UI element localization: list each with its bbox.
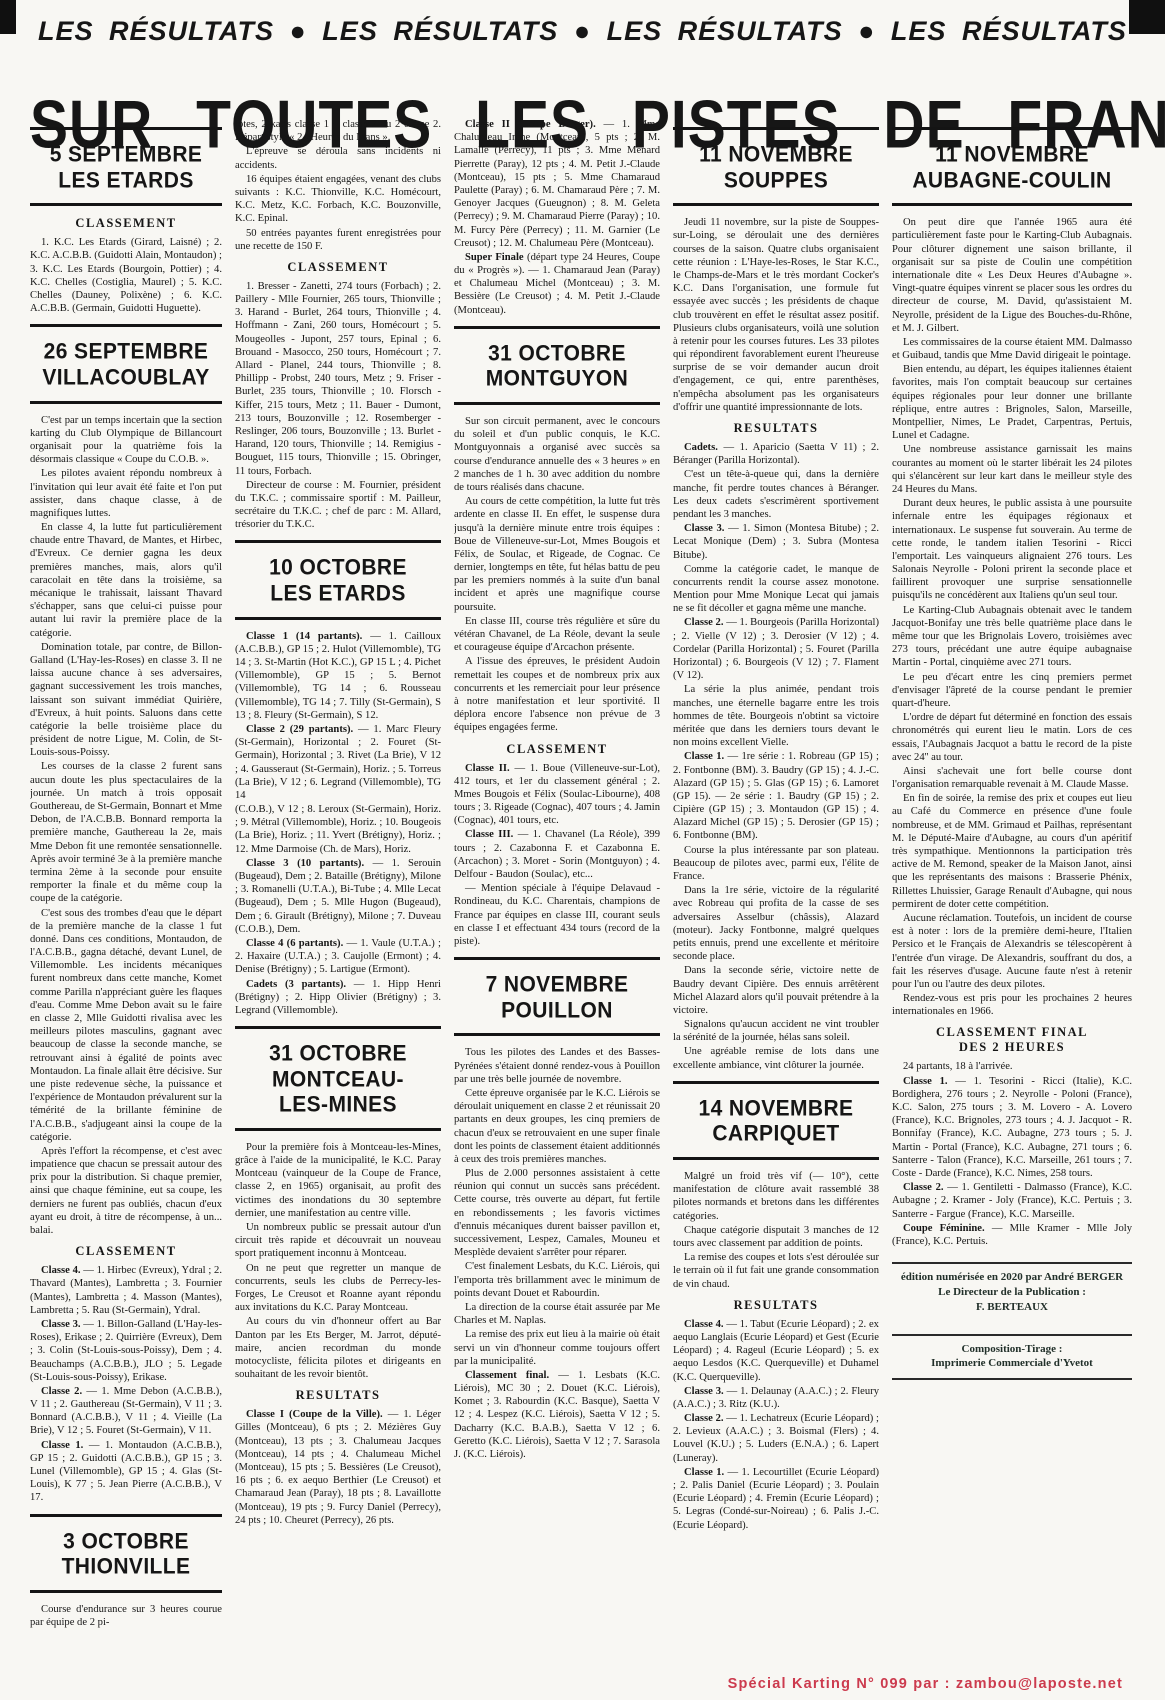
- masthead: LES RÉSULTATS ● LES RÉSULTATS ● LES RÉSU…: [38, 16, 1128, 47]
- paragraph: Classe 1 (14 partants). — 1. Cailloux (A…: [235, 630, 441, 722]
- paragraph: Super Finale (départ type 24 Heures, Cou…: [454, 251, 660, 317]
- paragraph-lead: Classe 1.: [684, 751, 728, 762]
- paragraph: Classe 3. — 1. Simon (Montesa Bitube) ; …: [673, 522, 879, 562]
- scan-corner-mark-right: [1129, 0, 1165, 34]
- paragraph-lead: Classe 3.: [684, 523, 728, 534]
- paragraph: Classe 2. — 1. Lechatreux (Ecurie Léopar…: [673, 1412, 879, 1465]
- paragraph: Bien entendu, au départ, les équipes ita…: [892, 363, 1132, 442]
- paragraph: Au cours du vin d'honneur offert au Bar …: [235, 1315, 441, 1381]
- section-heading: 31 OCTOBREMONTGUYON: [454, 326, 660, 405]
- paragraph: Aucune réclamation. Toutefois, un incide…: [892, 912, 1132, 991]
- paragraph: Classe II. — 1. Boue (Villeneuve-sur-Lot…: [454, 762, 660, 828]
- paragraph: L'épreuve se déroula sans incidents ni a…: [235, 145, 441, 171]
- section-heading: 26 SEPTEMBREVILLACOUBLAY: [30, 324, 222, 403]
- paragraph: C'est par un temps incertain que la sect…: [30, 414, 222, 467]
- paragraph: Signalons qu'aucun accident ne vint trou…: [673, 1018, 879, 1044]
- paragraph: Course d'endurance sur 3 heures courue p…: [30, 1603, 222, 1629]
- paragraph: Après l'effort la récompense, et c'est a…: [30, 1145, 222, 1237]
- paragraph: Rendez-vous est pris pour les prochaines…: [892, 992, 1132, 1018]
- paragraph: Une agréable remise de lots dans une exc…: [673, 1045, 879, 1071]
- paragraph: Classe 2. — 1. Mme Debon (A.C.B.B.), V 1…: [30, 1385, 222, 1438]
- paragraph: Classe 4. — 1. Hirbec (Evreux), Ydral ; …: [30, 1264, 222, 1317]
- paragraph-lead: Classe 3 (10 partants).: [246, 858, 373, 869]
- section-heading: 11 NOVEMBREAUBAGNE-COULIN: [892, 127, 1132, 206]
- section-heading-line: LES ETARDS: [30, 167, 222, 194]
- paragraph-lead: Classe 4.: [684, 1319, 726, 1330]
- section-heading: 7 NOVEMBREPOUILLON: [454, 957, 660, 1036]
- paragraph: Le peu d'écart entre les cinq premiers p…: [892, 671, 1132, 711]
- paragraph: Cette épreuve organisée par le K.C. Liér…: [454, 1087, 660, 1166]
- paragraph: (C.O.B.), V 12 ; 8. Leroux (St-Germain),…: [235, 803, 441, 856]
- paragraph-lead: Classe 2 (29 partants).: [246, 724, 358, 735]
- paragraph: Tous les pilotes des Landes et des Basse…: [454, 1046, 660, 1086]
- paragraph: L'ordre de départ fut déterminé en fonct…: [892, 711, 1132, 764]
- section-heading-line: CARPIQUET: [673, 1121, 879, 1148]
- paragraph: Classe II (Coupe Berger). — 1. Mme Chalu…: [454, 118, 660, 250]
- column-2: lotes, 2 karts classe 1 + classe 2 ou 2 …: [235, 118, 441, 1663]
- paragraph: Course la plus intéressante par son plat…: [673, 844, 879, 884]
- paragraph-lead: Classe 1.: [684, 1467, 728, 1478]
- section-heading-line: 7 NOVEMBRE: [454, 972, 660, 999]
- section-heading-line: THIONVILLE: [30, 1554, 222, 1581]
- section-heading: 5 SEPTEMBRELES ETARDS: [30, 127, 222, 206]
- subheading: RESULTATS: [235, 1388, 441, 1403]
- paragraph: C'est un tête-à-queue qui, dans la derni…: [673, 468, 879, 521]
- paragraph-lead: Classe III.: [465, 829, 518, 840]
- paragraph: Chaque catégorie disputait 3 manches de …: [673, 1224, 879, 1250]
- paragraph: Classe 2 (29 partants). — 1. Marc Fleury…: [235, 723, 441, 802]
- section-heading: 11 NOVEMBRESOUPPES: [673, 127, 879, 206]
- subheading: CLASSEMENT: [30, 1244, 222, 1259]
- paragraph: En fin de soirée, la remise des prix et …: [892, 792, 1132, 911]
- subheading: CLASSEMENT FINALDES 2 HEURES: [892, 1025, 1132, 1055]
- paragraph: La série la plus animée, pendant trois m…: [673, 683, 879, 749]
- paragraph: Classe 1. — 1re série : 1. Robreau (GP 1…: [673, 750, 879, 842]
- section-heading-line: 5 SEPTEMBRE: [30, 141, 222, 168]
- paragraph: Cadets (3 partants). — 1. Hipp Henri (Br…: [235, 978, 441, 1018]
- paragraph: Directeur de course : M. Fournier, prési…: [235, 479, 441, 532]
- paragraph: lotes, 2 karts classe 1 + classe 2 ou 2 …: [235, 118, 441, 144]
- paragraph: Cadets. — 1. Aparicio (Saetta V 11) ; 2.…: [673, 441, 879, 467]
- section-heading: 14 NOVEMBRECARPIQUET: [673, 1081, 879, 1160]
- section-heading-line: 31 OCTOBRE: [235, 1040, 441, 1067]
- paragraph: Classe 3. — 1. Billon-Galland (L'Hay-les…: [30, 1318, 222, 1384]
- paragraph-lead: Classe I (Coupe de la Ville).: [246, 1409, 388, 1420]
- paragraph: Classe 4 (6 partants). — 1. Vaule (U.T.A…: [235, 937, 441, 977]
- paragraph: Durant deux heures, le public assista à …: [892, 497, 1132, 603]
- paragraph: Classe I (Coupe de la Ville). — 1. Léger…: [235, 1408, 441, 1527]
- paragraph: En classe III, course très régulière et …: [454, 615, 660, 655]
- paragraph: Classe III. — 1. Chavanel (La Réole), 39…: [454, 828, 660, 881]
- section-heading-line: MONTCEAU-: [235, 1066, 441, 1093]
- article-columns: 5 SEPTEMBRELES ETARDSCLASSEMENT1. K.C. L…: [30, 118, 1136, 1663]
- paragraph: Classe 1. — 1. Montaudon (A.C.B.B.), GP …: [30, 1439, 222, 1505]
- section-heading-line: LES ETARDS: [235, 580, 441, 607]
- paragraph-lead: Classe 4.: [41, 1265, 83, 1276]
- paragraph: 50 entrées payantes furent enregistrées …: [235, 227, 441, 253]
- paragraph: La remise des coupes et lots s'est dérou…: [673, 1251, 879, 1291]
- paragraph-lead: Classe 1.: [41, 1440, 89, 1451]
- paragraph: Domination totale, par contre, de Billon…: [30, 641, 222, 760]
- paragraph: Classe 3. — 1. Delaunay (A.A.C.) ; 2. Fl…: [673, 1385, 879, 1411]
- newspaper-page: LES RÉSULTATS ● LES RÉSULTATS ● LES RÉSU…: [0, 0, 1165, 1700]
- section-heading-line: VILLACOUBLAY: [30, 364, 222, 391]
- section-heading-line: LES-MINES: [235, 1092, 441, 1119]
- section-heading-line: AUBAGNE-COULIN: [892, 167, 1132, 194]
- paragraph: Classe 1. — 1. Lecourtillet (Ecurie Léop…: [673, 1466, 879, 1532]
- paragraph: Jeudi 11 novembre, sur la piste de Soupp…: [673, 216, 879, 414]
- paragraph: Classe 3 (10 partants). — 1. Serouin (Bu…: [235, 857, 441, 936]
- subheading: CLASSEMENT: [235, 260, 441, 275]
- section-heading-line: 26 SEPTEMBRE: [30, 339, 222, 366]
- paragraph: Coupe Féminine. — Mlle Kramer - Mlle Jol…: [892, 1222, 1132, 1248]
- paragraph-lead: Classe II (Coupe Berger).: [465, 119, 604, 130]
- column-1: 5 SEPTEMBRELES ETARDSCLASSEMENT1. K.C. L…: [30, 118, 222, 1663]
- paragraph: C'est sous des trombes d'eau que le dépa…: [30, 907, 222, 1144]
- subheading: CLASSEMENT: [454, 742, 660, 757]
- paragraph: Dans la 1re série, victoire de la régula…: [673, 884, 879, 963]
- paragraph: Sur son circuit permanent, avec le conco…: [454, 415, 660, 494]
- paragraph: Les courses de la classe 2 furent sans a…: [30, 760, 222, 905]
- paragraph: 16 équipes étaient engagées, venant des …: [235, 173, 441, 226]
- paragraph: Dans la seconde série, victoire nette de…: [673, 964, 879, 1017]
- paragraph-lead: Cadets.: [684, 442, 723, 453]
- paragraph-lead: Classe 1.: [903, 1076, 955, 1087]
- column-4: 11 NOVEMBRESOUPPESJeudi 11 novembre, sur…: [673, 118, 879, 1663]
- section-heading-line: 11 NOVEMBRE: [673, 141, 879, 168]
- section-heading: 3 OCTOBRETHIONVILLE: [30, 1514, 222, 1593]
- paragraph-lead: Classe 4 (6 partants).: [246, 938, 347, 949]
- column-5: 11 NOVEMBREAUBAGNE-COULINOn peut dire qu…: [892, 118, 1132, 1663]
- paragraph: A l'issue des épreuves, le président Aud…: [454, 655, 660, 734]
- paragraph: Le Karting-Club Aubagnais obtenait avec …: [892, 604, 1132, 670]
- paragraph: En classe 4, la lutte fut particulièreme…: [30, 521, 222, 640]
- footer-credit: Spécial Karting N° 099 par : zambou@lapo…: [728, 1676, 1123, 1692]
- paragraph-lead: Classe 1 (14 partants).: [246, 631, 370, 642]
- paragraph-lead: Cadets (3 partants).: [246, 979, 354, 990]
- subheading: RESULTATS: [673, 1298, 879, 1313]
- paragraph: La direction de la course était assurée …: [454, 1301, 660, 1327]
- paragraph: Classe 2. — 1. Gentiletti - Dalmasso (Fr…: [892, 1181, 1132, 1221]
- section-heading-line: MONTGUYON: [454, 366, 660, 393]
- paragraph-lead: Classe 2.: [684, 1413, 726, 1424]
- paragraph: 24 partants, 18 à l'arrivée.: [892, 1060, 1132, 1073]
- section-heading: 10 OCTOBRELES ETARDS: [235, 540, 441, 619]
- scan-corner-mark-left: [0, 0, 16, 34]
- paragraph-lead: Classe 3.: [684, 1386, 727, 1397]
- section-heading-line: 10 OCTOBRE: [235, 555, 441, 582]
- paragraph: Au cours de cette compétition, la lutte …: [454, 495, 660, 614]
- paragraph-lead: Classement final.: [465, 1370, 558, 1381]
- paragraph-lead: Classe 3.: [41, 1319, 83, 1330]
- credit-block: Composition-Tirage :Imprimerie Commercia…: [892, 1334, 1132, 1381]
- section-heading-line: 14 NOVEMBRE: [673, 1095, 879, 1122]
- paragraph: Classe 2. — 1. Bourgeois (Parilla Horizo…: [673, 616, 879, 682]
- paragraph: 1. K.C. Les Etards (Girard, Laisné) ; 2.…: [30, 236, 222, 315]
- subheading: CLASSEMENT: [30, 216, 222, 231]
- paragraph: 1. Bresser - Zanetti, 274 tours (Forbach…: [235, 280, 441, 478]
- paragraph: Malgré un froid très vif (— 10°), cette …: [673, 1170, 879, 1223]
- paragraph: Classement final. — 1. Lesbats (K.C. Lié…: [454, 1369, 660, 1461]
- paragraph: Un nombreux public se pressait autour d'…: [235, 1221, 441, 1261]
- paragraph: Pour la première fois à Montceau-les-Min…: [235, 1141, 441, 1220]
- paragraph-lead: Coupe Féminine.: [903, 1223, 992, 1234]
- section-heading-line: 31 OCTOBRE: [454, 340, 660, 367]
- paragraph: Classe 1. — 1. Tesorini - Ricci (Italie)…: [892, 1075, 1132, 1181]
- paragraph-lead: Classe 2.: [684, 617, 726, 628]
- paragraph-lead: Classe II.: [465, 763, 514, 774]
- column-3: Classe II (Coupe Berger). — 1. Mme Chalu…: [454, 118, 660, 1663]
- subheading: RESULTATS: [673, 421, 879, 436]
- paragraph: Comme la catégorie cadet, le manque de c…: [673, 563, 879, 616]
- section-heading: 31 OCTOBREMONTCEAU-LES-MINES: [235, 1026, 441, 1131]
- section-heading-line: 11 NOVEMBRE: [892, 141, 1132, 168]
- paragraph: Une nombreuse assistance garnissait les …: [892, 443, 1132, 496]
- credit-block: édition numérisée en 2020 par André BERG…: [892, 1262, 1132, 1320]
- paragraph: Les commissaires de la course étaient MM…: [892, 336, 1132, 362]
- section-heading-line: SOUPPES: [673, 167, 879, 194]
- paragraph: Ainsi s'achevait une fort belle course d…: [892, 765, 1132, 791]
- paragraph-lead: Classe 2.: [41, 1386, 86, 1397]
- paragraph-lead: Super Finale: [465, 252, 527, 263]
- section-heading-line: 3 OCTOBRE: [30, 1528, 222, 1555]
- paragraph: C'est finalement Lesbats, du K.C. Liéroi…: [454, 1260, 660, 1300]
- paragraph: Classe 4. — 1. Tabut (Ecurie Léopard) ; …: [673, 1318, 879, 1384]
- section-heading-line: POUILLON: [454, 997, 660, 1024]
- paragraph: La remise des prix eut lieu à la mairie …: [454, 1328, 660, 1368]
- paragraph: On ne peut que regretter un manque de co…: [235, 1262, 441, 1315]
- paragraph: Plus de 2.000 personnes assistaient à ce…: [454, 1167, 660, 1259]
- paragraph: — Mention spéciale à l'équipe Delavaud -…: [454, 882, 660, 948]
- paragraph-lead: Classe 2.: [903, 1182, 947, 1193]
- paragraph: Les pilotes avaient répondu nombreux à l…: [30, 467, 222, 520]
- paragraph: On peut dire que l'année 1965 aura été p…: [892, 216, 1132, 335]
